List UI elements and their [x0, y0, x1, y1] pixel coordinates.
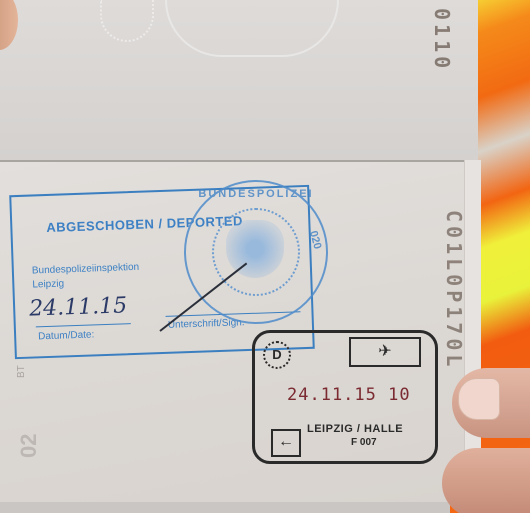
airplane-icon: ✈ — [349, 337, 421, 367]
page-number: 02 — [16, 434, 42, 458]
handwritten-date: 24.11.15 — [29, 293, 128, 321]
finger — [442, 448, 530, 513]
perforated-number-top: 0110 — [424, 8, 454, 88]
passport-top-page: 0110 — [0, 0, 478, 162]
thumb — [452, 368, 530, 438]
hand-right — [452, 368, 530, 513]
side-mark: BT — [16, 365, 27, 378]
date-line — [36, 323, 131, 327]
eagle-icon — [226, 220, 284, 278]
seal-text: BUNDESPOLIZEI — [196, 188, 316, 200]
eagle-watermark — [165, 0, 339, 57]
watermark-ornament — [100, 0, 154, 42]
police-office: Bundespolizeiinspektion Leipzig — [32, 261, 140, 293]
date-label: Datum/Date: — [38, 329, 94, 342]
exit-arrow-icon: ← — [271, 429, 301, 457]
thumbnail — [458, 378, 500, 420]
exit-date: 24.11.15 10 — [287, 385, 411, 405]
exit-stamp: D ✈ 24.11.15 10 ← LEIPZIG / HALLE F 007 — [252, 330, 438, 464]
border-post-code: F 007 — [351, 437, 377, 448]
border-crossing-place: LEIPZIG / HALLE — [307, 423, 403, 435]
seal-number: 020 — [307, 230, 323, 251]
office-city: Leipzig — [32, 275, 140, 293]
country-code-circle: D — [263, 341, 291, 369]
photo-scene: 0110 C01L0P170L 02 BT ABGESCHOBEN / DEPO… — [0, 0, 530, 513]
federal-police-seal: BUNDESPOLIZEI 020 — [184, 180, 328, 324]
